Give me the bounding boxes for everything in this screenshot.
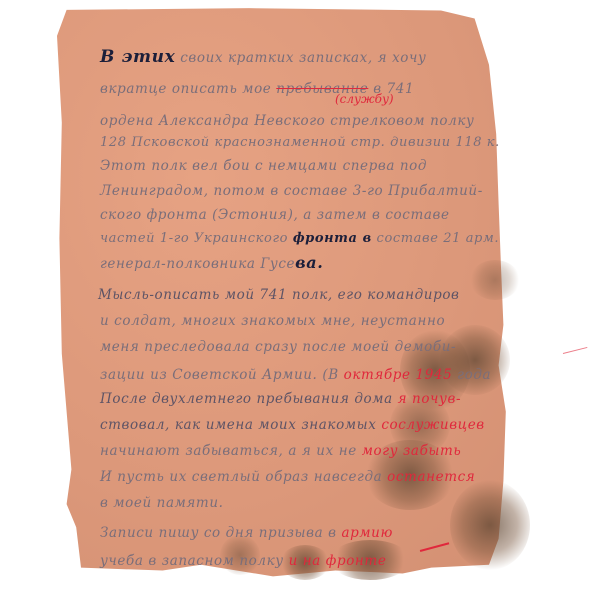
text-line-15: ствовал, как имена моих знакомых сослужи…: [100, 414, 540, 436]
text-line-8: частей 1-го Украинского фронта в составе…: [100, 228, 540, 250]
red-pencil-mark: [563, 347, 587, 354]
text-line-4: 128 Псковской краснознаменной стр. дивиз…: [100, 132, 540, 154]
text-line-2: вкратце описать мое пребывание в 741: [100, 78, 540, 100]
text-line-10: Мысль-описать мой 741 полк, его командир…: [98, 284, 538, 306]
text-line-16: начинают забываться, а я их не могу забы…: [100, 440, 540, 462]
text-line-7: ского фронта (Эстония), а затем в состав…: [100, 204, 540, 226]
bold-lead: В этих: [100, 47, 175, 67]
text-line-12: меня преследовала сразу после моей демоб…: [100, 336, 540, 358]
text-line-19: Записи пишу со дня призыва в армию: [100, 522, 540, 544]
text-line-9: генерал-полковника Гусева.: [100, 252, 540, 275]
text-line-11: и солдат, многих знакомых мне, неустанно: [100, 310, 540, 332]
text-line-1: В этих своих кратких записках, я хочу: [100, 46, 540, 69]
text-line-18: в моей памяти.: [100, 492, 540, 514]
text-line-14: После двухлетнего пребывания дома я почу…: [100, 388, 540, 410]
text-line-6: Ленинградом, потом в составе 3-го Прибал…: [100, 180, 540, 202]
text-line-3: ордена Александра Невского стрелковом по…: [100, 110, 540, 132]
red-correction: (службу): [335, 92, 394, 106]
text-line-13: зации из Советской Армии. (В октябре 194…: [100, 364, 540, 386]
text-line-20: учеба в запасном полку и на фронте: [100, 550, 540, 572]
text-line-17: И пусть их светлый образ навсегда остане…: [100, 466, 540, 488]
text-line-5: Этот полк вел бои с немцами сперва под: [100, 155, 540, 177]
